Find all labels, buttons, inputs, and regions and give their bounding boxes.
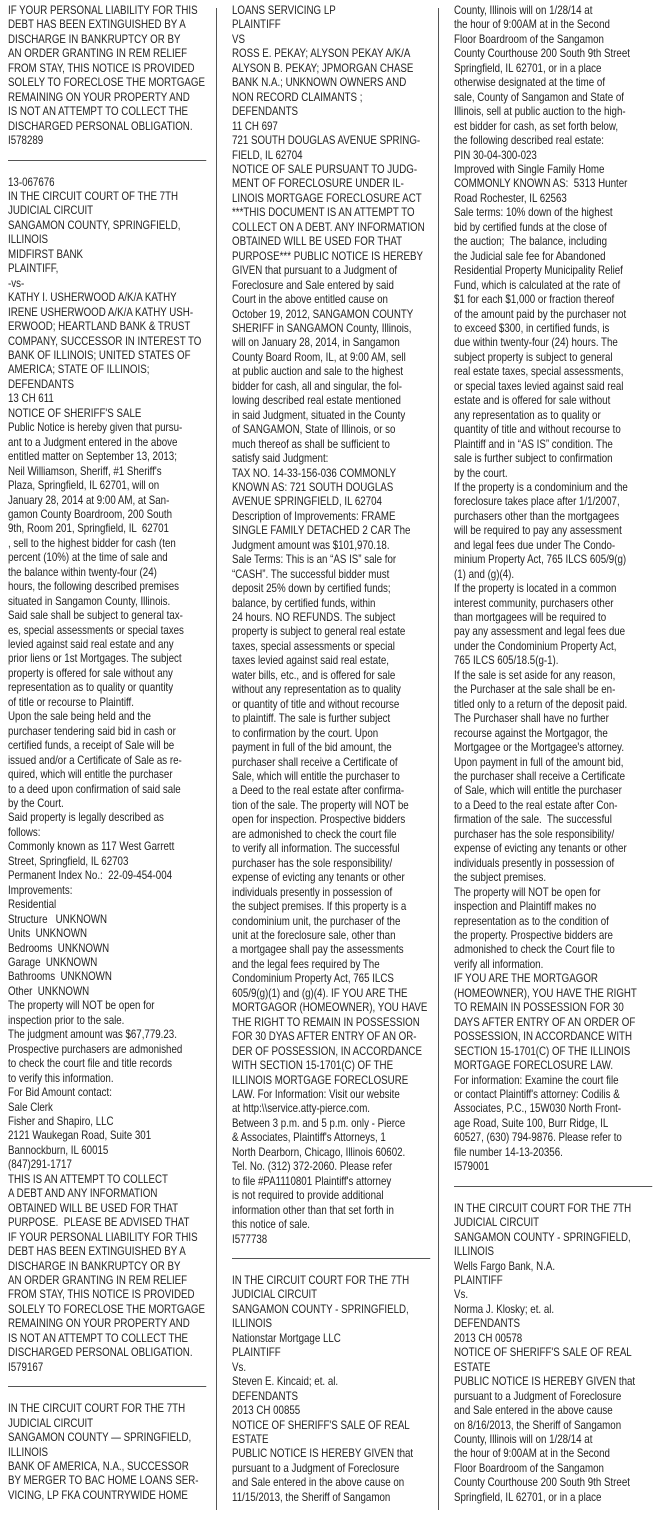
notice-text-line: DEFENDANTS bbox=[232, 1390, 434, 1404]
notice-text-line: to verify all information. The successfu… bbox=[232, 842, 434, 856]
notice-text-line: County Courthouse 200 South 9th Street bbox=[454, 47, 651, 61]
notice-text-line: of SANGAMON, State of Illinois, or so bbox=[232, 423, 434, 437]
notice-text-line: hours, the following described premises bbox=[8, 580, 206, 594]
notice-text-line: Said property is legally described as bbox=[8, 811, 206, 825]
notice-text-line: property is offered for sale without any bbox=[8, 667, 206, 681]
notice-text-line: the Purchaser at the sale shall be en- bbox=[454, 683, 651, 697]
notice-text-line: Bannockburn, IL 60015 bbox=[8, 1144, 206, 1158]
notice-text-line: to plaintiff. The sale is further subjec… bbox=[232, 712, 434, 726]
notice-text-line: will be required to pay any assessment bbox=[454, 524, 651, 538]
notice-text-line: NOTICE OF SALE PURSUANT TO JUDG- bbox=[232, 163, 434, 177]
notice-text-line: I577738 bbox=[232, 1233, 434, 1247]
notice-text-line: Sale, which will entitle the purchaser t… bbox=[232, 770, 434, 784]
notice-text-line: BANK N.A.; UNKNOWN OWNERS AND bbox=[232, 76, 434, 90]
notice-text-line: purchasers other than the mortgagees bbox=[454, 510, 651, 524]
notice-text-line: The judgment amount was $67,779.23. bbox=[8, 1028, 206, 1042]
notice-text-line: and legal fees due under The Condo- bbox=[454, 539, 651, 553]
notice-text-line: PUBLIC NOTICE IS HEREBY GIVEN that bbox=[454, 1375, 651, 1389]
notice-text-line: open for inspection. Prospective bidders bbox=[232, 813, 434, 827]
notice-text-line: KNOWN AS: 721 SOUTH DOUGLAS bbox=[232, 481, 434, 495]
notice-text-line: County, Illinois will on 1/28/14 at bbox=[454, 1433, 651, 1447]
notice-text-line: JUDICIAL CIRCUIT bbox=[8, 1417, 206, 1431]
notice-text-line: 9th, Room 201, Springfield, IL 62701 bbox=[8, 522, 206, 536]
notice-text-line: IN THE CIRCUIT COURT FOR THE 7TH bbox=[232, 1274, 434, 1288]
notice-text-line: Residential Property Municipality Relief bbox=[454, 264, 651, 278]
notice-text-line: JUDICIAL CIRCUIT bbox=[232, 1288, 434, 1302]
notice-text-line: at http:\\service.atty-pierce.com. bbox=[232, 1102, 434, 1116]
notice-text-line: Prospective purchasers are admonished bbox=[8, 1043, 206, 1057]
notice-text-line: Permanent Index No.: 22-09-454-004 bbox=[8, 869, 206, 883]
notice-text-line: PURPOSE*** PUBLIC NOTICE IS HEREBY bbox=[232, 250, 434, 264]
notice-text-line: individuals presently in possession of bbox=[232, 886, 434, 900]
notice-text-line: Court in the above entitled cause on bbox=[232, 293, 434, 307]
notice-text-line: PLAINTIFF bbox=[232, 18, 434, 32]
notice-text-line: 2121 Waukegan Road, Suite 301 bbox=[8, 1129, 206, 1143]
notice-text-line: to check the court file and title record… bbox=[8, 1057, 206, 1071]
notice-text-line: payment in full of the bid amount, the bbox=[232, 741, 434, 755]
column-1: IF YOUR PERSONAL LIABILITY FOR THISDEBT … bbox=[8, 4, 206, 1503]
notice-text-line: MIDFIRST BANK bbox=[8, 248, 206, 262]
notice-text-line: OBTAINED WILL BE USED FOR THAT bbox=[8, 1202, 206, 1216]
notice-text-line: Commonly known as 117 West Garrett bbox=[8, 840, 206, 854]
notice-text-line: OBTAINED WILL BE USED FOR THAT bbox=[232, 235, 434, 249]
notice-text-line: Units UNKNOWN bbox=[8, 927, 206, 941]
notice-text-line: quired, which will entitle the purchaser bbox=[8, 768, 206, 782]
notice-text-line: purchaser has the sole responsibility/ bbox=[454, 828, 651, 842]
notice-text-line: SANGAMON COUNTY - SPRINGFIELD, bbox=[232, 1303, 434, 1317]
notice-text-line: IS NOT AN ATTEMPT TO COLLECT THE bbox=[8, 105, 206, 119]
notice-text-line: DER OF POSSESSION, IN ACCORDANCE bbox=[232, 1045, 434, 1059]
legal-notice: IN THE CIRCUIT COURT FOR THE 7THJUDICIAL… bbox=[8, 1402, 206, 1503]
notice-text-line: DEFENDANTS bbox=[232, 105, 434, 119]
notice-text-line: is not required to provide additional bbox=[232, 1189, 434, 1203]
notice-text-line: Bathrooms UNKNOWN bbox=[8, 970, 206, 984]
notice-text-line: the hour of 9:00AM at in the Second bbox=[454, 18, 651, 32]
notice-text-line: A DEBT AND ANY INFORMATION bbox=[8, 1187, 206, 1201]
notice-text-line: Nationstar Mortgage LLC bbox=[232, 1332, 434, 1346]
notice-text-line: and Sale entered in the above cause bbox=[454, 1404, 651, 1418]
notice-text-line: the following described real estate: bbox=[454, 134, 651, 148]
notice-text-line: water bills, etc., and is offered for sa… bbox=[232, 669, 434, 683]
notice-text-line: FOR 30 DYAS AFTER ENTRY OF AN OR- bbox=[232, 1030, 434, 1044]
notice-text-line: sale, County of Sangamon and State of bbox=[454, 91, 651, 105]
notice-text-line: Upon payment in full of the amount bid, bbox=[454, 756, 651, 770]
notice-text-line: pursuant to a Judgment of Foreclosure bbox=[232, 1462, 434, 1476]
notice-text-line: any representation as to quality or bbox=[454, 409, 651, 423]
notice-text-line: DISCHARGE IN BANKRUPTCY OR BY bbox=[8, 1260, 206, 1274]
notice-text-line: PURPOSE. PLEASE BE ADVISED THAT bbox=[8, 1216, 206, 1230]
notice-text-line: AMERICA; STATE OF ILLINOIS; bbox=[8, 363, 206, 377]
notice-text-line: Tel. No. (312) 372-2060. Please refer bbox=[232, 1160, 434, 1174]
notice-text-line: IN THE CIRCUIT COURT OF THE 7TH bbox=[8, 190, 206, 204]
legal-notice: IF YOUR PERSONAL LIABILITY FOR THISDEBT … bbox=[8, 4, 206, 149]
column-3: County, Illinois will on 1/28/14 atthe h… bbox=[454, 4, 651, 1505]
notice-text-line: taxes, special assessments or special bbox=[232, 640, 434, 654]
notice-text-line: $1 for each $1,000 or fraction thereof bbox=[454, 293, 651, 307]
notice-text-line: and Sale entered in the above cause on bbox=[232, 1476, 434, 1490]
notice-text-line: property is subject to general real esta… bbox=[232, 625, 434, 639]
notice-text-line: condominium unit, the purchaser of the bbox=[232, 915, 434, 929]
notice-text-line: sale is further subject to confirmation bbox=[454, 452, 651, 466]
notice-text-line: If the property is a condominium and the bbox=[454, 481, 651, 495]
notice-text-line: & Associates, Plaintiff's Attorneys, 1 bbox=[232, 1131, 434, 1145]
notice-text-line: a mortgagee shall pay the assessments bbox=[232, 943, 434, 957]
notice-text-line: admonished to check the Court file to bbox=[454, 943, 651, 957]
notice-text-line: gamon County Boardroom, 200 South bbox=[8, 508, 206, 522]
notice-text-line: (847)291-1717 bbox=[8, 1158, 206, 1172]
notice-text-line: follows: bbox=[8, 826, 206, 840]
notice-text-line: NOTICE OF SHERIFF'S SALE OF REAL bbox=[232, 1419, 434, 1433]
notice-text-line: If the property is located in a common bbox=[454, 582, 651, 596]
notice-text-line: due within twenty-four (24) hours. The bbox=[454, 336, 651, 350]
notice-text-line: taxes levied against said real estate, bbox=[232, 654, 434, 668]
notice-text-line: individuals presently in possession of bbox=[454, 857, 651, 871]
notice-text-line: ant to a Judgment entered in the above bbox=[8, 436, 206, 450]
legal-notice: 13-067676IN THE CIRCUIT COURT OF THE 7TH… bbox=[8, 176, 206, 1376]
notice-separator bbox=[8, 160, 206, 161]
notice-text-line: ILLINOIS bbox=[8, 1446, 206, 1460]
notice-text-line: of title or recourse to Plaintiff. bbox=[8, 696, 206, 710]
notice-text-line: to confirmation by the court. Upon bbox=[232, 727, 434, 741]
notice-text-line: BANK OF AMERICA, N.A., SUCCESSOR bbox=[8, 1460, 206, 1474]
notice-text-line: est bidder for cash, as set forth below, bbox=[454, 120, 651, 134]
legal-notices-page: IF YOUR PERSONAL LIABILITY FOR THISDEBT … bbox=[0, 0, 655, 1518]
notice-text-line: “CASH”. The successful bidder must bbox=[232, 568, 434, 582]
notice-text-line: or special taxes levied against said rea… bbox=[454, 380, 651, 394]
notice-text-line: at public auction and sale to the highes… bbox=[232, 365, 434, 379]
notice-text-line: certified funds, a receipt of Sale will … bbox=[8, 739, 206, 753]
notice-text-line: IF YOUR PERSONAL LIABILITY FOR THIS bbox=[8, 1231, 206, 1245]
column-divider-1 bbox=[216, 8, 217, 1510]
notice-text-line: satisfy said Judgment: bbox=[232, 452, 434, 466]
notice-text-line: The property will NOT be open for bbox=[8, 999, 206, 1013]
notice-text-line: the auction; The balance, including bbox=[454, 235, 651, 249]
notice-text-line: on 8/16/2013, the Sheriff of Sangamon bbox=[454, 1419, 651, 1433]
notice-text-line: ILLINOIS MORTGAGE FORECLOSURE bbox=[232, 1074, 434, 1088]
notice-text-line: (1) and (g)(4). bbox=[454, 568, 651, 582]
notice-text-line: I579167 bbox=[8, 1361, 206, 1375]
notice-text-line: DISCHARGE IN BANKRUPTCY OR BY bbox=[8, 33, 206, 47]
notice-text-line: FIELD, IL 62704 bbox=[232, 149, 434, 163]
notice-text-line: AVENUE SPRINGFIELD, IL 62704 bbox=[232, 495, 434, 509]
notice-text-line: entitled matter on September 13, 2013; bbox=[8, 450, 206, 464]
notice-text-line: foreclosure takes place after 1/1/2007, bbox=[454, 495, 651, 509]
notice-text-line: verify all information. bbox=[454, 958, 651, 972]
notice-text-line: file number 14-13-20356. bbox=[454, 1146, 651, 1160]
notice-text-line: Foreclosure and Sale entered by said bbox=[232, 279, 434, 293]
notice-text-line: REMAINING ON YOUR PROPERTY AND bbox=[8, 1317, 206, 1331]
notice-text-line: County Courthouse 200 South 9th Street bbox=[454, 1476, 651, 1490]
notice-text-line: the subject premises. bbox=[454, 871, 651, 885]
notice-text-line: Plaza, Springfield, IL 62701, will on bbox=[8, 479, 206, 493]
notice-text-line: JUDICIAL CIRCUIT bbox=[454, 1216, 651, 1230]
notice-text-line: LINOIS MORTGAGE FORECLOSURE ACT bbox=[232, 192, 434, 206]
notice-text-line: the purchaser shall receive a Certificat… bbox=[454, 770, 651, 784]
notice-text-line: Garage UNKNOWN bbox=[8, 956, 206, 970]
notice-text-line: Floor Boardroom of the Sangamon bbox=[454, 33, 651, 47]
notice-text-line: , sell to the highest bidder for cash (t… bbox=[8, 537, 206, 551]
notice-text-line: subject property is subject to general bbox=[454, 351, 651, 365]
notice-text-line: VICING, LP FKA COUNTRYWIDE HOME bbox=[8, 1489, 206, 1503]
notice-text-line: lowing described real estate mentioned bbox=[232, 394, 434, 408]
notice-text-line: BANK OF ILLINOIS; UNITED STATES OF bbox=[8, 349, 206, 363]
notice-text-line: 2013 CH 00855 bbox=[232, 1404, 434, 1418]
notice-text-line: Wells Fargo Bank, N.A. bbox=[454, 1260, 651, 1274]
notice-text-line: AN ORDER GRANTING IN REM RELIEF bbox=[8, 47, 206, 61]
notice-text-line: Other UNKNOWN bbox=[8, 985, 206, 999]
notice-text-line: 13-067676 bbox=[8, 176, 206, 190]
notice-text-line: IF YOU ARE THE MORTGAGOR bbox=[454, 972, 651, 986]
notice-text-line: ROSS E. PEKAY; ALYSON PEKAY A/K/A bbox=[232, 47, 434, 61]
notice-text-line: TO REMAIN IN POSSESSION FOR 30 bbox=[454, 1001, 651, 1015]
notice-text-line: FROM STAY, THIS NOTICE IS PROVIDED bbox=[8, 1288, 206, 1302]
notice-text-line: Upon the sale being held and the bbox=[8, 710, 206, 724]
notice-text-line: age Road, Suite 100, Burr Ridge, IL bbox=[454, 1117, 651, 1131]
notice-text-line: Sale Clerk bbox=[8, 1101, 206, 1115]
notice-text-line: NON RECORD CLAIMANTS ; bbox=[232, 91, 434, 105]
notice-text-line: purchaser tendering said bid in cash or bbox=[8, 725, 206, 739]
notice-text-line: For information: Examine the court file bbox=[454, 1074, 651, 1088]
notice-text-line: 24 hours. NO REFUNDS. The subject bbox=[232, 611, 434, 625]
notice-text-line: recourse against the Mortgagor, the bbox=[454, 727, 651, 741]
notice-text-line: otherwise designated at the time of bbox=[454, 76, 651, 90]
notice-text-line: IF YOUR PERSONAL LIABILITY FOR THIS bbox=[8, 4, 206, 18]
notice-text-line: to a deed upon confirmation of said sale bbox=[8, 783, 206, 797]
notice-text-line: VS bbox=[232, 33, 434, 47]
notice-text-line: Illinois, sell at public auction to the … bbox=[454, 105, 651, 119]
notice-text-line: in said Judgment, situated in the County bbox=[232, 409, 434, 423]
notice-text-line: real estate taxes, special assessments, bbox=[454, 365, 651, 379]
notice-text-line: FROM STAY, THIS NOTICE IS PROVIDED bbox=[8, 62, 206, 76]
notice-text-line: purchaser has the sole responsibility/ bbox=[232, 857, 434, 871]
notice-text-line: COMMONLY KNOWN AS: 5313 Hunter bbox=[454, 177, 651, 191]
notice-text-line: Springfield, IL 62701, or in a place bbox=[454, 62, 651, 76]
notice-text-line: DISCHARGED PERSONAL OBLIGATION. bbox=[8, 1346, 206, 1360]
notice-text-line: NOTICE OF SHERIFF'S SALE bbox=[8, 407, 206, 421]
notice-text-line: firmation of the sale. The successful bbox=[454, 813, 651, 827]
notice-text-line: Condominium Property Act, 765 ILCS bbox=[232, 972, 434, 986]
notice-text-line: expense of evicting any tenants or other bbox=[454, 842, 651, 856]
notice-text-line: PIN 30-04-300-023 bbox=[454, 149, 651, 163]
notice-text-line: Steven E. Kincaid; et. al. bbox=[232, 1375, 434, 1389]
notice-text-line: to exceed $300, in certified funds, is bbox=[454, 322, 651, 336]
notice-text-line: Residential bbox=[8, 898, 206, 912]
notice-text-line: estate and is offered for sale without bbox=[454, 394, 651, 408]
notice-text-line: 11 CH 697 bbox=[232, 120, 434, 134]
notice-text-line: IN THE CIRCUIT COURT FOR THE 7TH bbox=[8, 1402, 206, 1416]
notice-text-line: -vs- bbox=[8, 277, 206, 291]
notice-text-line: pursuant to a Judgment of Foreclosure bbox=[454, 1390, 651, 1404]
notice-text-line: The property will NOT be open for bbox=[454, 886, 651, 900]
notice-text-line: or contact Plaintiff's attorney: Codilis… bbox=[454, 1088, 651, 1102]
notice-text-line: Improved with Single Family Home bbox=[454, 163, 651, 177]
notice-text-line: DEBT HAS BEEN EXTINGUISHED BY A bbox=[8, 1245, 206, 1259]
notice-text-line: bid by certified funds at the close of bbox=[454, 221, 651, 235]
notice-text-line: Norma J. Klosky; et. al. bbox=[454, 1303, 651, 1317]
legal-notice: LOANS SERVICING LPPLAINTIFFVSROSS E. PEK… bbox=[232, 4, 434, 1247]
notice-text-line: or quantity of title and without recours… bbox=[232, 698, 434, 712]
notice-text-line: AN ORDER GRANTING IN REM RELIEF bbox=[8, 1274, 206, 1288]
notice-text-line: Springfield, IL 62701, or in a place bbox=[454, 1491, 651, 1505]
notice-text-line: LAW. For Information: Visit our website bbox=[232, 1088, 434, 1102]
notice-text-line: levied against said real estate and any bbox=[8, 638, 206, 652]
notice-text-line: COLLECT ON A DEBT. ANY INFORMATION bbox=[232, 221, 434, 235]
notice-text-line: minium Property Act, 765 ILCS 605/9(g) bbox=[454, 553, 651, 567]
notice-text-line: 13 CH 611 bbox=[8, 392, 206, 406]
notice-text-line: this notice of sale. bbox=[232, 1218, 434, 1232]
notice-text-line: SECTION 15-1701(C) OF THE ILLINOIS bbox=[454, 1045, 651, 1059]
notice-text-line: issued and/or a Certificate of Sale as r… bbox=[8, 754, 206, 768]
notice-text-line: will on January 28, 2014, in Sangamon bbox=[232, 336, 434, 350]
notice-text-line: SANGAMON COUNTY, SPRINGFIELD, bbox=[8, 219, 206, 233]
notice-text-line: Structure UNKNOWN bbox=[8, 913, 206, 927]
legal-notice: IN THE CIRCUIT COURT FOR THE 7THJUDICIAL… bbox=[454, 1202, 651, 1506]
notice-text-line: KATHY I. USHERWOOD A/K/A KATHY bbox=[8, 291, 206, 305]
notice-text-line: SANGAMON COUNTY - SPRINGFIELD, bbox=[454, 1231, 651, 1245]
notice-text-line: DISCHARGED PERSONAL OBLIGATION. bbox=[8, 120, 206, 134]
notice-text-line: PLAINTIFF, bbox=[8, 262, 206, 276]
notice-text-line: October 19, 2012, SANGAMON COUNTY bbox=[232, 308, 434, 322]
notice-text-line: 605/9(g)(1) and (g)(4). IF YOU ARE THE bbox=[232, 987, 434, 1001]
notice-text-line: under the Condominium Property Act, bbox=[454, 640, 651, 654]
notice-text-line: County, Illinois will on 1/28/14 at bbox=[454, 4, 651, 18]
notice-text-line: titled only to a return of the deposit p… bbox=[454, 698, 651, 712]
notice-text-line: MORTGAGE FORECLOSURE LAW. bbox=[454, 1059, 651, 1073]
notice-text-line: MORTGAGOR (HOMEOWNER), YOU HAVE bbox=[232, 1001, 434, 1015]
notice-text-line: POSSESSION, IN ACCORDANCE WITH bbox=[454, 1030, 651, 1044]
notice-text-line: quantity of title and without recourse t… bbox=[454, 423, 651, 437]
notice-text-line: Sale terms: 10% down of the highest bbox=[454, 206, 651, 220]
notice-text-line: bidder for cash, all and singular, the f… bbox=[232, 380, 434, 394]
notice-text-line: unit at the foreclosure sale, other than bbox=[232, 929, 434, 943]
notice-text-line: IS NOT AN ATTEMPT TO COLLECT THE bbox=[8, 1332, 206, 1346]
notice-text-line: representation as to the condition of bbox=[454, 915, 651, 929]
notice-text-line: The Purchaser shall have no further bbox=[454, 712, 651, 726]
notice-text-line: deposit 25% down by certified funds; bbox=[232, 582, 434, 596]
notice-text-line: to a Deed to the real estate after Con- bbox=[454, 799, 651, 813]
notice-text-line: Plaintiff and in “AS IS” condition. The bbox=[454, 438, 651, 452]
notice-text-line: For Bid Amount contact: bbox=[8, 1086, 206, 1100]
notice-text-line: balance, by certified funds, within bbox=[232, 597, 434, 611]
notice-text-line: IN THE CIRCUIT COURT FOR THE 7TH bbox=[454, 1202, 651, 1216]
legal-notice: County, Illinois will on 1/28/14 atthe h… bbox=[454, 4, 651, 1175]
column-divider-2 bbox=[438, 8, 439, 1510]
notice-text-line: Fisher and Shapiro, LLC bbox=[8, 1115, 206, 1129]
notice-text-line: and the legal fees required by The bbox=[232, 958, 434, 972]
notice-text-line: information other than that set forth in bbox=[232, 1204, 434, 1218]
notice-text-line: without any representation as to quality bbox=[232, 683, 434, 697]
notice-text-line: ERWOOD; HEARTLAND BANK & TRUST bbox=[8, 320, 206, 334]
notice-text-line: to file #PA1110801 Plaintiff's attorney bbox=[232, 1175, 434, 1189]
notice-text-line: 60527, (630) 794-9876. Please refer to bbox=[454, 1131, 651, 1145]
notice-text-line: JUDICIAL CIRCUIT bbox=[8, 204, 206, 218]
notice-separator bbox=[8, 1386, 206, 1387]
notice-text-line: Neil Williamson, Sheriff, #1 Sheriff's bbox=[8, 465, 206, 479]
notice-text-line: NOTICE OF SHERIFF'S SALE OF REAL bbox=[454, 1346, 651, 1360]
notice-text-line: situated in Sangamon County, Illinois. bbox=[8, 595, 206, 609]
notice-text-line: ESTATE bbox=[232, 1433, 434, 1447]
notice-text-line: PUBLIC NOTICE IS HEREBY GIVEN that bbox=[232, 1447, 434, 1461]
notice-text-line: than mortgagees will be required to bbox=[454, 611, 651, 625]
notice-text-line: ILLINOIS bbox=[454, 1245, 651, 1259]
notice-text-line: DAYS AFTER ENTRY OF AN ORDER OF bbox=[454, 1016, 651, 1030]
notice-text-line: ALYSON B. PEKAY; JPMORGAN CHASE bbox=[232, 62, 434, 76]
notice-text-line: much thereof as shall be sufficient to bbox=[232, 438, 434, 452]
notice-text-line: Improvements: bbox=[8, 884, 206, 898]
notice-text-line: Vs. bbox=[232, 1361, 434, 1375]
notice-text-line: January 28, 2014 at 9:00 AM, at San- bbox=[8, 494, 206, 508]
notice-text-line: ESTATE bbox=[454, 1361, 651, 1375]
notice-text-line: expense of evicting any tenants or other bbox=[232, 871, 434, 885]
notice-text-line: by the Court. bbox=[8, 797, 206, 811]
notice-text-line: County Board Room, IL, at 9:00 AM, sell bbox=[232, 351, 434, 365]
notice-text-line: Sale Terms: This is an “AS IS” sale for bbox=[232, 553, 434, 567]
notice-text-line: es, special assessments or special taxes bbox=[8, 624, 206, 638]
notice-text-line: to verify this information. bbox=[8, 1072, 206, 1086]
notice-text-line: Street, Springfield, IL 62703 bbox=[8, 855, 206, 869]
notice-separator bbox=[454, 1186, 652, 1187]
notice-text-line: of Sale, which will entitle the purchase… bbox=[454, 784, 651, 798]
notice-text-line: North Dearborn, Chicago, Illinois 60602. bbox=[232, 1146, 434, 1160]
notice-text-line: SHERIFF in SANGAMON County, Illinois, bbox=[232, 322, 434, 336]
notice-text-line: I579001 bbox=[454, 1160, 651, 1174]
notice-text-line: ***THIS DOCUMENT IS AN ATTEMPT TO bbox=[232, 206, 434, 220]
notice-text-line: Description of Improvements: FRAME bbox=[232, 510, 434, 524]
notice-text-line: percent (10%) at the time of sale and bbox=[8, 551, 206, 565]
notice-text-line: Between 3 p.m. and 5 p.m. only - Pierce bbox=[232, 1117, 434, 1131]
notice-text-line: the balance within twenty-four (24) bbox=[8, 566, 206, 580]
notice-text-line: Road Rochester, IL 62563 bbox=[454, 192, 651, 206]
notice-text-line: representation as to quality or quantity bbox=[8, 681, 206, 695]
notice-text-line: LOANS SERVICING LP bbox=[232, 4, 434, 18]
notice-text-line: Judgment amount was $101,970.18. bbox=[232, 539, 434, 553]
notice-text-line: 2013 CH 00578 bbox=[454, 1332, 651, 1346]
notice-text-line: PLAINTIFF bbox=[454, 1274, 651, 1288]
notice-text-line: the hour of 9:00AM at in the Second bbox=[454, 1447, 651, 1461]
notice-text-line: BY MERGER TO BAC HOME LOANS SER- bbox=[8, 1474, 206, 1488]
notice-text-line: SOLELY TO FORECLOSE THE MORTGAGE bbox=[8, 76, 206, 90]
notice-text-line: Bedrooms UNKNOWN bbox=[8, 942, 206, 956]
notice-text-line: Public Notice is hereby given that pursu… bbox=[8, 421, 206, 435]
notice-text-line: 721 SOUTH DOUGLAS AVENUE SPRING- bbox=[232, 134, 434, 148]
notice-text-line: IRENE USHERWOOD A/K/A KATHY USH- bbox=[8, 306, 206, 320]
notice-separator bbox=[232, 1258, 430, 1259]
notice-text-line: interest community, purchasers other bbox=[454, 597, 651, 611]
notice-text-line: DEFENDANTS bbox=[454, 1317, 651, 1331]
notice-text-line: the Judicial sale fee for Abandoned bbox=[454, 250, 651, 264]
notice-text-line: GIVEN that pursuant to a Judgment of bbox=[232, 264, 434, 278]
notice-text-line: TAX NO. 14-33-156-036 COMMONLY bbox=[232, 467, 434, 481]
notice-text-line: by the court. bbox=[454, 467, 651, 481]
notice-text-line: inspection prior to the sale. bbox=[8, 1014, 206, 1028]
notice-text-line: Mortgagee or the Mortgagee's attorney. bbox=[454, 741, 651, 755]
legal-notice: IN THE CIRCUIT COURT FOR THE 7THJUDICIAL… bbox=[232, 1274, 434, 1505]
notice-text-line: THE RIGHT TO REMAIN IN POSSESSION bbox=[232, 1016, 434, 1030]
notice-text-line: (HOMEOWNER), YOU HAVE THE RIGHT bbox=[454, 987, 651, 1001]
notice-text-line: WITH SECTION 15-1701(C) OF THE bbox=[232, 1059, 434, 1073]
notice-text-line: Vs. bbox=[454, 1288, 651, 1302]
column-2: LOANS SERVICING LPPLAINTIFFVSROSS E. PEK… bbox=[232, 4, 434, 1505]
notice-text-line: pay any assessment and legal fees due bbox=[454, 625, 651, 639]
notice-text-line: SANGAMON COUNTY — SPRINGFIELD, bbox=[8, 1431, 206, 1445]
notice-text-line: inspection and Plaintiff makes no bbox=[454, 900, 651, 914]
notice-text-line: DEFENDANTS bbox=[8, 378, 206, 392]
notice-text-line: PLAINTIFF bbox=[232, 1346, 434, 1360]
notice-text-line: DEBT HAS BEEN EXTINGUISHED BY A bbox=[8, 18, 206, 32]
notice-text-line: the subject premises. If this property i… bbox=[232, 900, 434, 914]
notice-text-line: MENT OF FORECLOSURE UNDER IL- bbox=[232, 177, 434, 191]
notice-text-line: Associates, P.C., 15W030 North Front- bbox=[454, 1102, 651, 1116]
